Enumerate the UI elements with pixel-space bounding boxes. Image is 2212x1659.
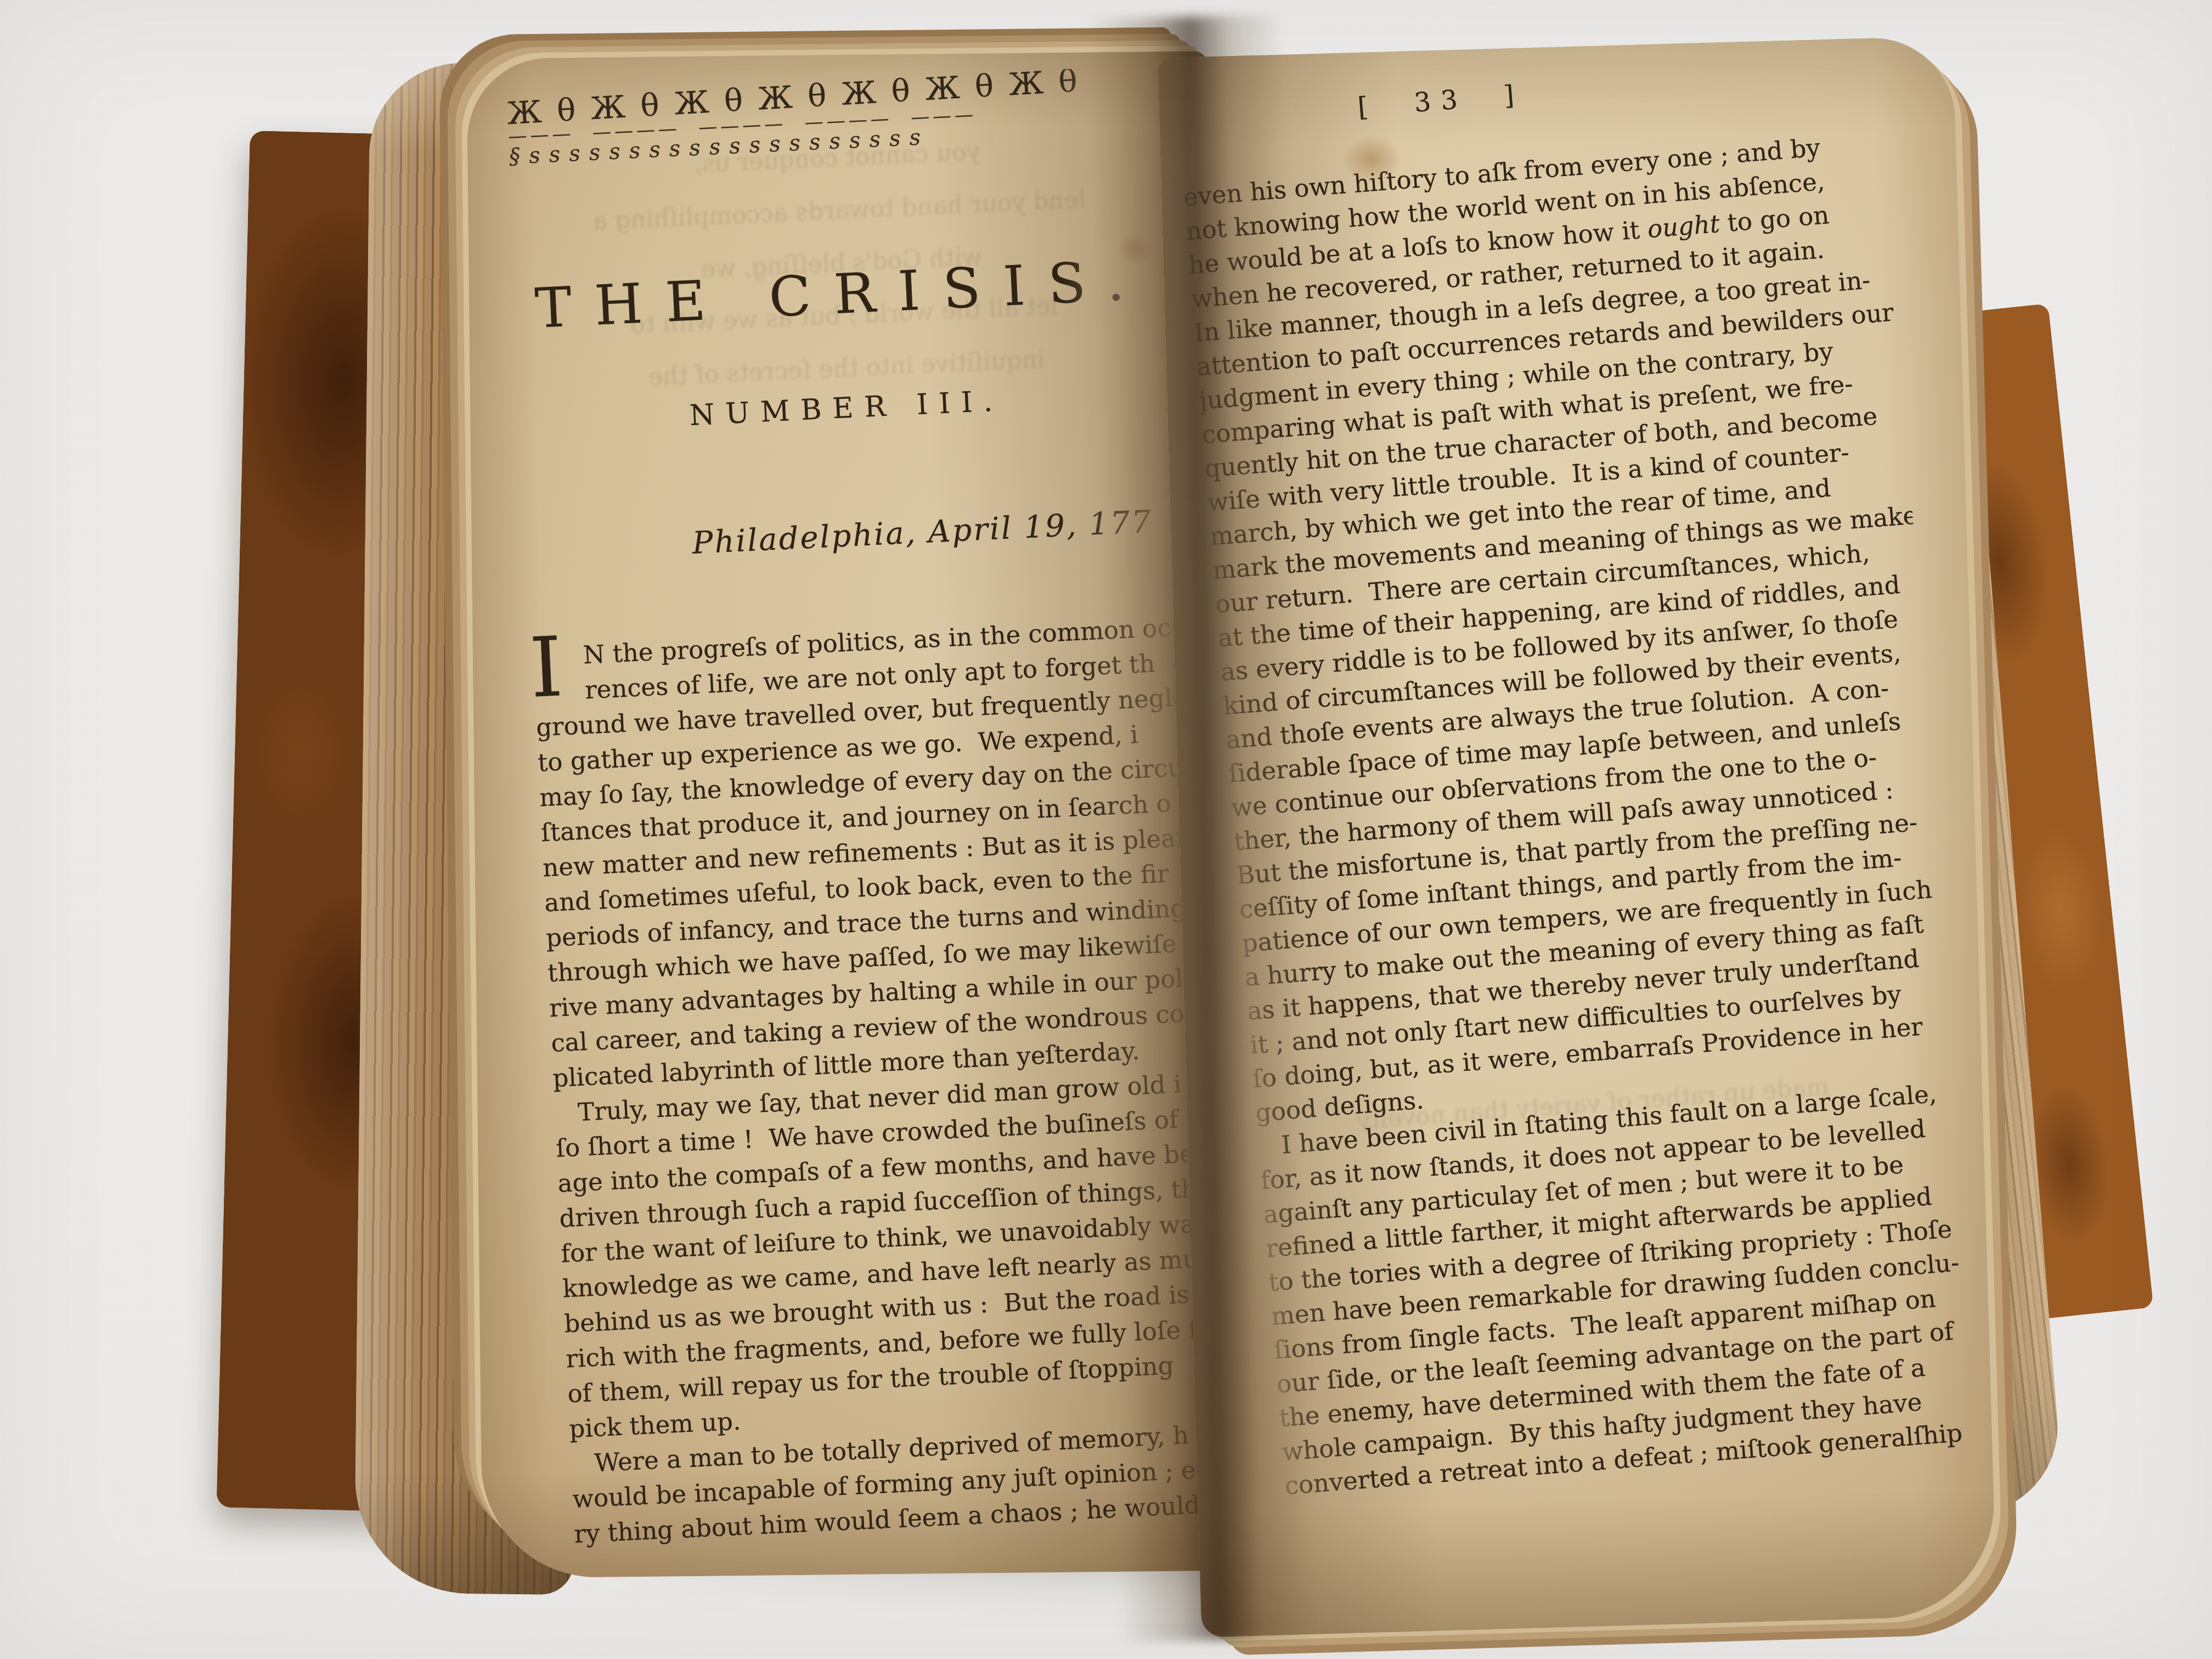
- photo-of-open-book: you cannot conquer us,lend your hand tow…: [0, 0, 2212, 1659]
- left-page: you cannot conquer us,lend your hand tow…: [467, 51, 1223, 1578]
- chapter-number-heading: NUMBER III.: [521, 377, 1172, 441]
- right-page: made up rather of variety than novelty […: [1158, 36, 1997, 1637]
- right-page-body-text: even his own hiſtory to aſk from every o…: [1182, 126, 1986, 1503]
- page-title: THE CRISIS.: [515, 247, 1167, 342]
- drop-cap-initial: I: [528, 634, 564, 702]
- left-page-body-text: I N the progreſs of politics, as in the …: [532, 610, 1224, 1552]
- dateline: Philadelphia, April 19, 177: [691, 503, 1178, 561]
- left-page-content: ЖθЖθЖθЖθЖθЖθЖθ ——— ———— ———— ———— ——— §s…: [506, 65, 1224, 1552]
- page-number: [ 33 ]: [1357, 51, 1878, 122]
- right-page-content: [ 33 ] even his own hiſtory to aſk from …: [1176, 51, 1986, 1503]
